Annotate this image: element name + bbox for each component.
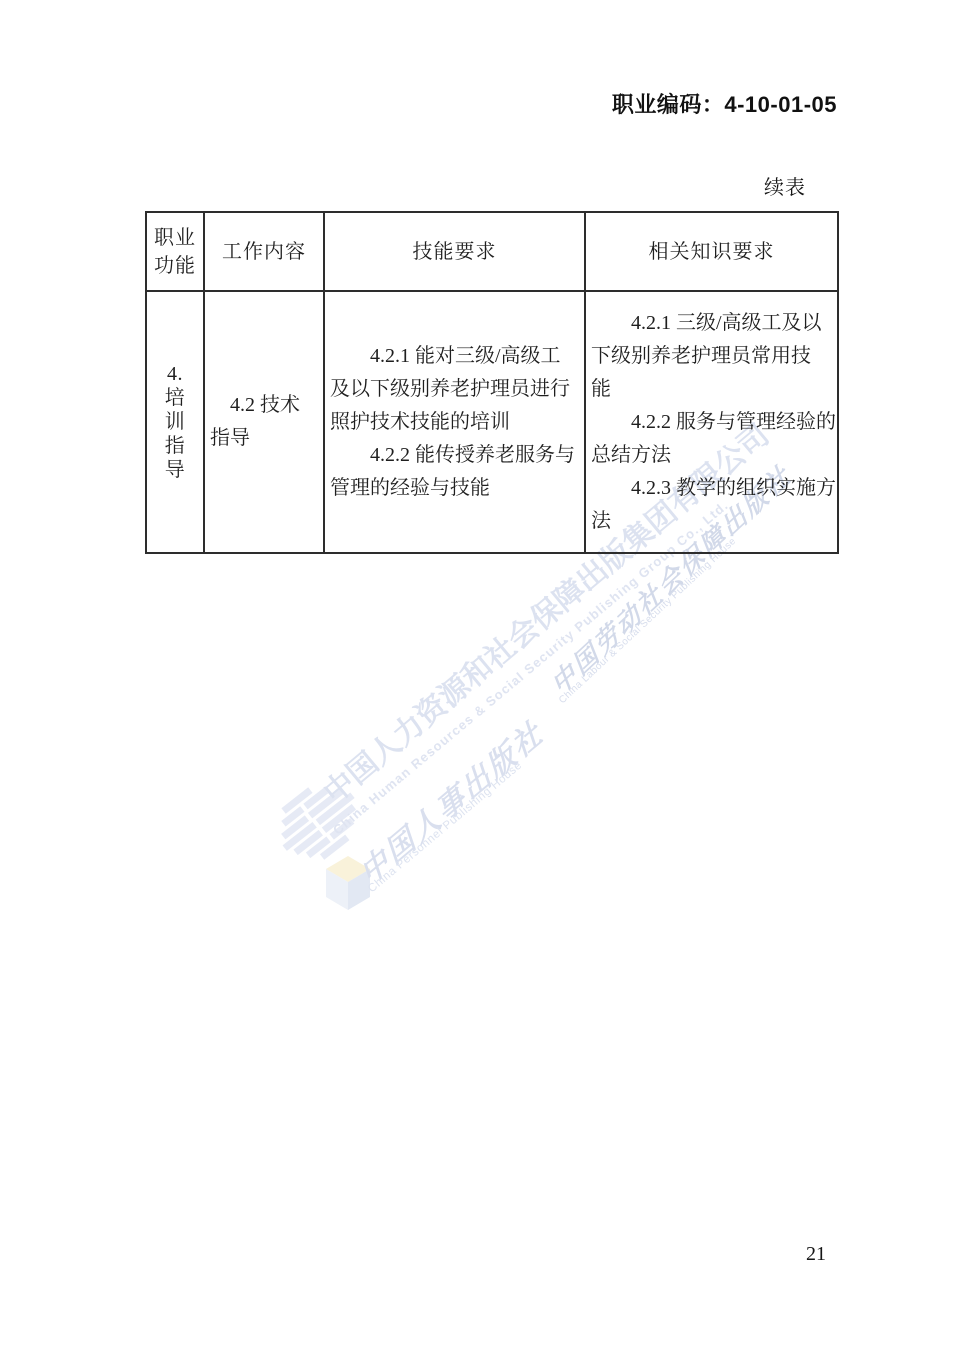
header-knowledge-requirements: 相关知识要求: [585, 212, 838, 291]
content-layer: 职业编码：4-10-01-05 续表 职业 功能 工作内容 技能要求 相关知识要…: [0, 0, 970, 1361]
table-row: 4. 培 训 指 导 4.2 技术 指导 4.2.1 能对三级/高级工 及以下级…: [146, 291, 838, 553]
document-page: 中国人力资源和社会保障出版集团有限公司 China Human Resource…: [0, 0, 970, 1361]
cell-skill-requirements: 4.2.1 能对三级/高级工 及以下级别养老护理员进行 照护技术技能的培训 4.…: [324, 291, 585, 553]
continued-table-label: 续表: [764, 171, 806, 200]
table-header-row: 职业 功能 工作内容 技能要求 相关知识要求: [146, 212, 838, 291]
cell-knowledge-requirements: 4.2.1 三级/高级工及以 下级别养老护理员常用技 能 4.2.2 服务与管理…: [585, 291, 838, 553]
occupation-code-label: 职业编码：4-10-01-05: [612, 88, 837, 119]
header-occupational-function: 职业 功能: [146, 212, 204, 291]
requirements-table: 职业 功能 工作内容 技能要求 相关知识要求 4. 培 训 指 导 4.2 技术…: [145, 211, 839, 554]
cell-occupational-function: 4. 培 训 指 导: [146, 291, 204, 553]
header-skill-requirements: 技能要求: [324, 212, 585, 291]
page-number: 21: [806, 1243, 826, 1266]
cell-work-content: 4.2 技术 指导: [204, 291, 324, 553]
header-work-content: 工作内容: [204, 212, 324, 291]
